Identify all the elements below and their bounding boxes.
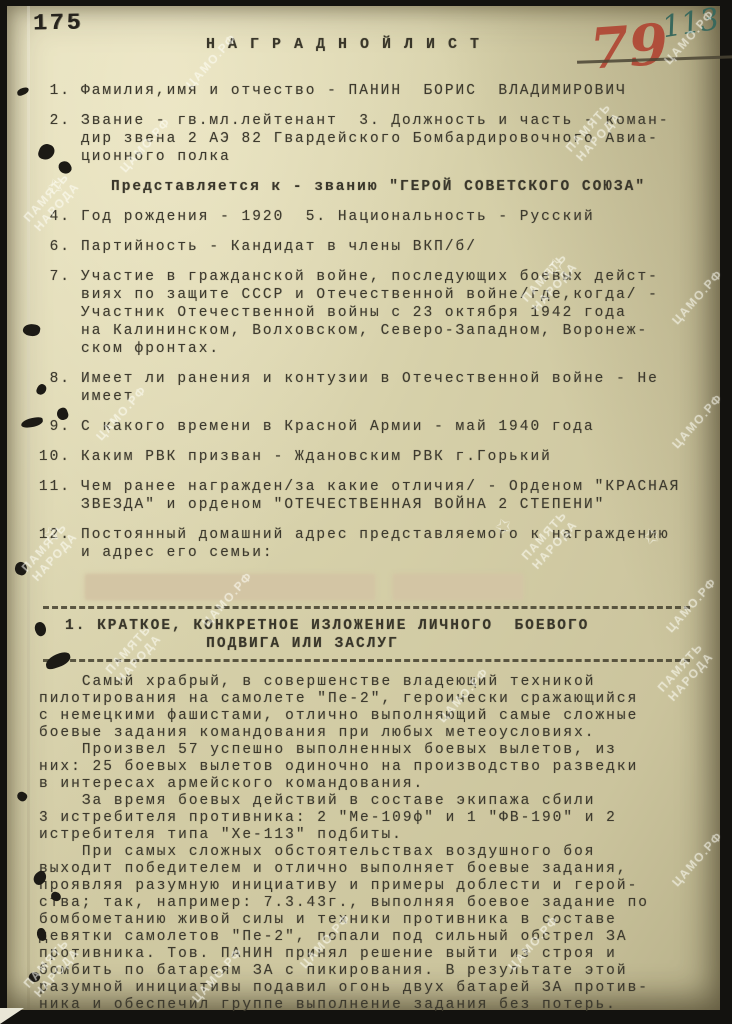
field-row-rank-position: 2. Звание - гв.мл.лейтенант 3. Должность… [37, 112, 694, 166]
field-row-previous-awards: 11. Чем ранее награжден/за какие отличия… [37, 478, 694, 514]
field-row-surname: 1. Фамилия,имя и отчество - ПАНИН БОРИС … [37, 82, 694, 100]
redaction-block [393, 574, 523, 600]
field-row-recruitment: 10. Каким РВК призван - Ждановским РВК г… [37, 448, 694, 466]
field-text: Фамилия,имя и отчество - ПАНИН БОРИС ВЛА… [81, 82, 694, 100]
field-row-wounds: 8. Имеет ли ранения и контузии в Отечест… [37, 370, 694, 406]
field-number: 8. [37, 370, 81, 406]
section-title: 1. КРАТКОЕ, КОНКРЕТНОЕ ИЗЛОЖЕНИЕ ЛИЧНОГО… [65, 617, 660, 653]
archive-stamp-number: 175 [33, 10, 84, 37]
field-text: Партийность - Кандидат в члены ВКП/б/ [81, 238, 694, 256]
field-number: 10. [37, 448, 81, 466]
field-text: Постоянный домашний адрес представляемог… [81, 526, 694, 562]
dashed-separator [43, 606, 690, 609]
field-text: Каким РВК призван - Ждановским РВК г.Гор… [81, 448, 694, 466]
combat-feat-narrative: Самый храбрый, в совершенстве владеющий … [39, 674, 692, 1014]
paper-sheet: 175 Н А Г Р А Д Н О Й Л И С Т 79 113 1. … [7, 6, 720, 1010]
field-number: 1. [37, 82, 81, 100]
field-number: 12. [37, 526, 81, 562]
field-number: 2. [37, 112, 81, 166]
section-title-line2: ПОДВИГА ИЛИ ЗАСЛУГ [65, 635, 540, 653]
field-text: С какого времени в Красной Армии - май 1… [81, 418, 694, 436]
document-title: Н А Г Р А Д Н О Й Л И С Т [7, 36, 680, 53]
field-text: Год рождения - 1920 5. Национальность - … [81, 208, 694, 226]
narrative-paragraph: При самых сложных обстоятельствах воздуш… [39, 844, 692, 1014]
field-row-party: 6. Партийность - Кандидат в члены ВКП/б/ [37, 238, 694, 256]
field-text: Участие в гражданской войне, последующих… [81, 268, 694, 358]
field-number: 11. [37, 478, 81, 514]
field-text: Звание - гв.мл.лейтенант 3. Должность и … [81, 112, 694, 166]
field-row-home-address: 12. Постоянный домашний адрес представля… [37, 526, 694, 562]
field-number: 7. [37, 268, 81, 358]
crossed-out-page-number: 79 [588, 11, 670, 82]
field-number: 6. [37, 238, 81, 256]
narrative-paragraph: За время боевых действий в составе экипа… [39, 793, 692, 844]
field-text: Чем ранее награжден/за какие отличия/ - … [81, 478, 694, 514]
section-title-line1: 1. КРАТКОЕ, КОНКРЕТНОЕ ИЗЛОЖЕНИЕ ЛИЧНОГО… [65, 618, 589, 634]
dashed-separator [43, 659, 690, 662]
field-row-birth-nationality: 4. Год рождения - 1920 5. Национальность… [37, 208, 694, 226]
handwritten-page-number: 113 [660, 2, 722, 46]
redacted-address-row [81, 574, 694, 600]
field-text: Имеет ли ранения и контузии в Отечествен… [81, 370, 694, 406]
document-content: 1. Фамилия,имя и отчество - ПАНИН БОРИС … [7, 82, 720, 1014]
field-row-war-participation: 7. Участие в гражданской войне, последую… [37, 268, 694, 358]
narrative-paragraph: Самый храбрый, в совершенстве владеющий … [39, 674, 692, 742]
field-number: 4. [37, 208, 81, 226]
narrative-paragraph: Произвел 57 успешно выполненных боевых в… [39, 742, 692, 793]
presentation-line: Представляется к - званию "ГЕРОЙ СОВЕТСК… [111, 178, 694, 196]
paper-corner-tear [0, 1008, 24, 1024]
field-number: 9. [37, 418, 81, 436]
field-row-army-service: 9. С какого времени в Красной Армии - ма… [37, 418, 694, 436]
scanned-award-document: { "page": { "stamp_number": "175", "page… [0, 0, 732, 1024]
redaction-block [85, 574, 375, 600]
